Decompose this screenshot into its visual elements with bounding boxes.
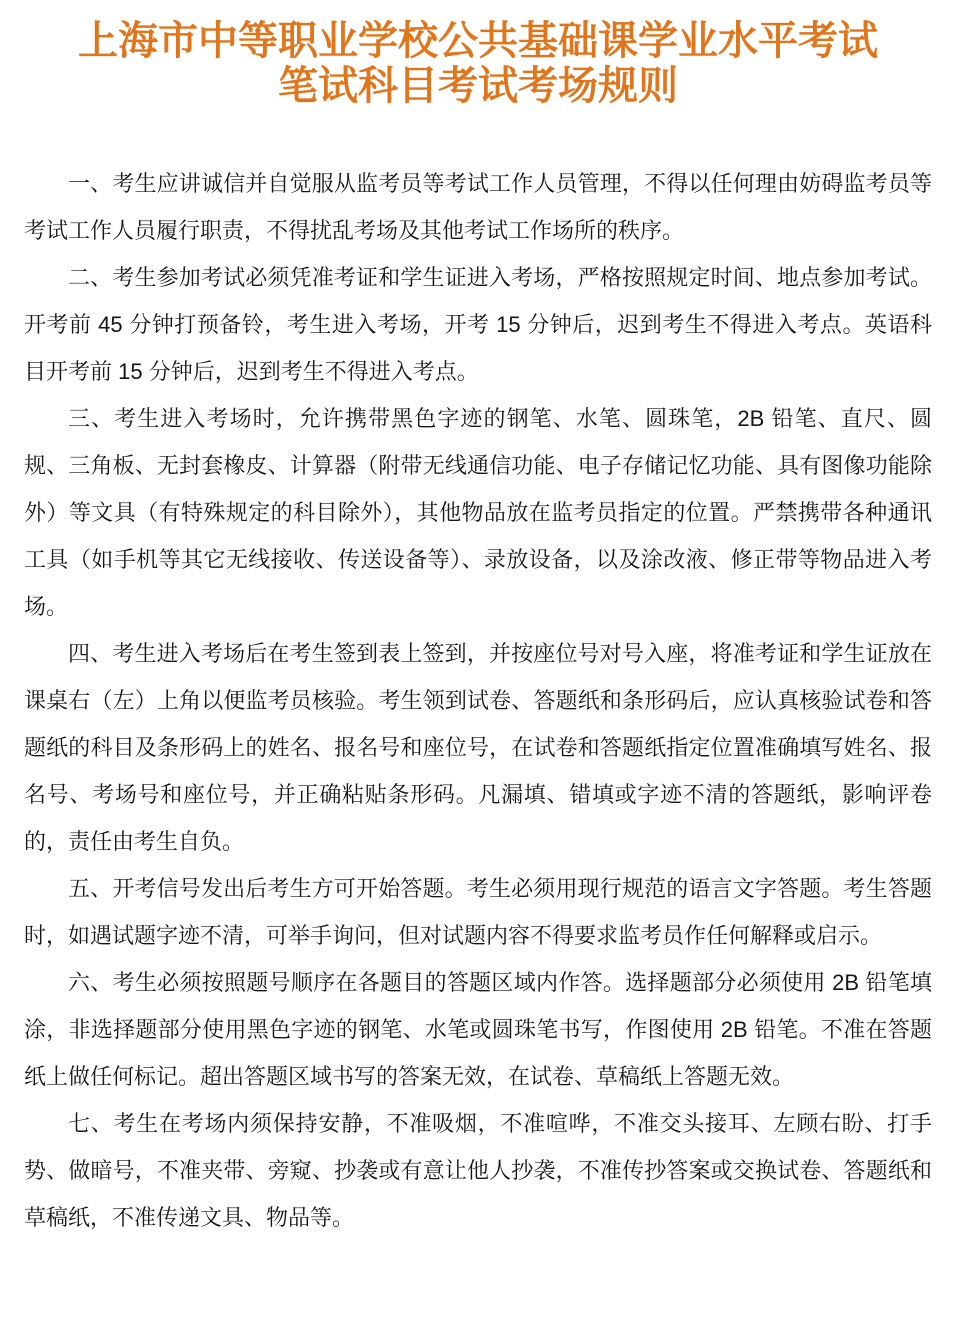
rule-paragraph-5: 五、开考信号发出后考生方可开始答题。考生必须用现行规范的语言文字答题。考生答题时…: [24, 865, 932, 959]
rules-body: 一、考生应讲诚信并自觉服从监考员等考试工作人员管理，不得以任何理由妨碍监考员等考…: [24, 160, 932, 1241]
rule-paragraph-4: 四、考生进入考场后在考生签到表上签到，并按座位号对号入座，将准考证和学生证放在课…: [24, 630, 932, 865]
rule-paragraph-6: 六、考生必须按照题号顺序在各题目的答题区域内作答。选择题部分必须使用 2B 铅笔…: [24, 959, 932, 1100]
document-title: 上海市中等职业学校公共基础课学业水平考试 笔试科目考试考场规则: [24, 18, 932, 108]
title-line-1: 上海市中等职业学校公共基础课学业水平考试: [24, 18, 932, 63]
rule-paragraph-7: 七、考生在考场内须保持安静，不准吸烟，不准喧哗，不准交头接耳、左顾右盼、打手势、…: [24, 1100, 932, 1241]
rule-paragraph-3: 三、考生进入考场时，允许携带黑色字迹的钢笔、水笔、圆珠笔，2B 铅笔、直尺、圆规…: [24, 395, 932, 630]
rule-paragraph-1: 一、考生应讲诚信并自觉服从监考员等考试工作人员管理，不得以任何理由妨碍监考员等考…: [24, 160, 932, 254]
title-line-2: 笔试科目考试考场规则: [24, 63, 932, 108]
rule-paragraph-2: 二、考生参加考试必须凭准考证和学生证进入考场，严格按照规定时间、地点参加考试。开…: [24, 254, 932, 395]
document-page: 上海市中等职业学校公共基础课学业水平考试 笔试科目考试考场规则 一、考生应讲诚信…: [0, 0, 956, 1331]
